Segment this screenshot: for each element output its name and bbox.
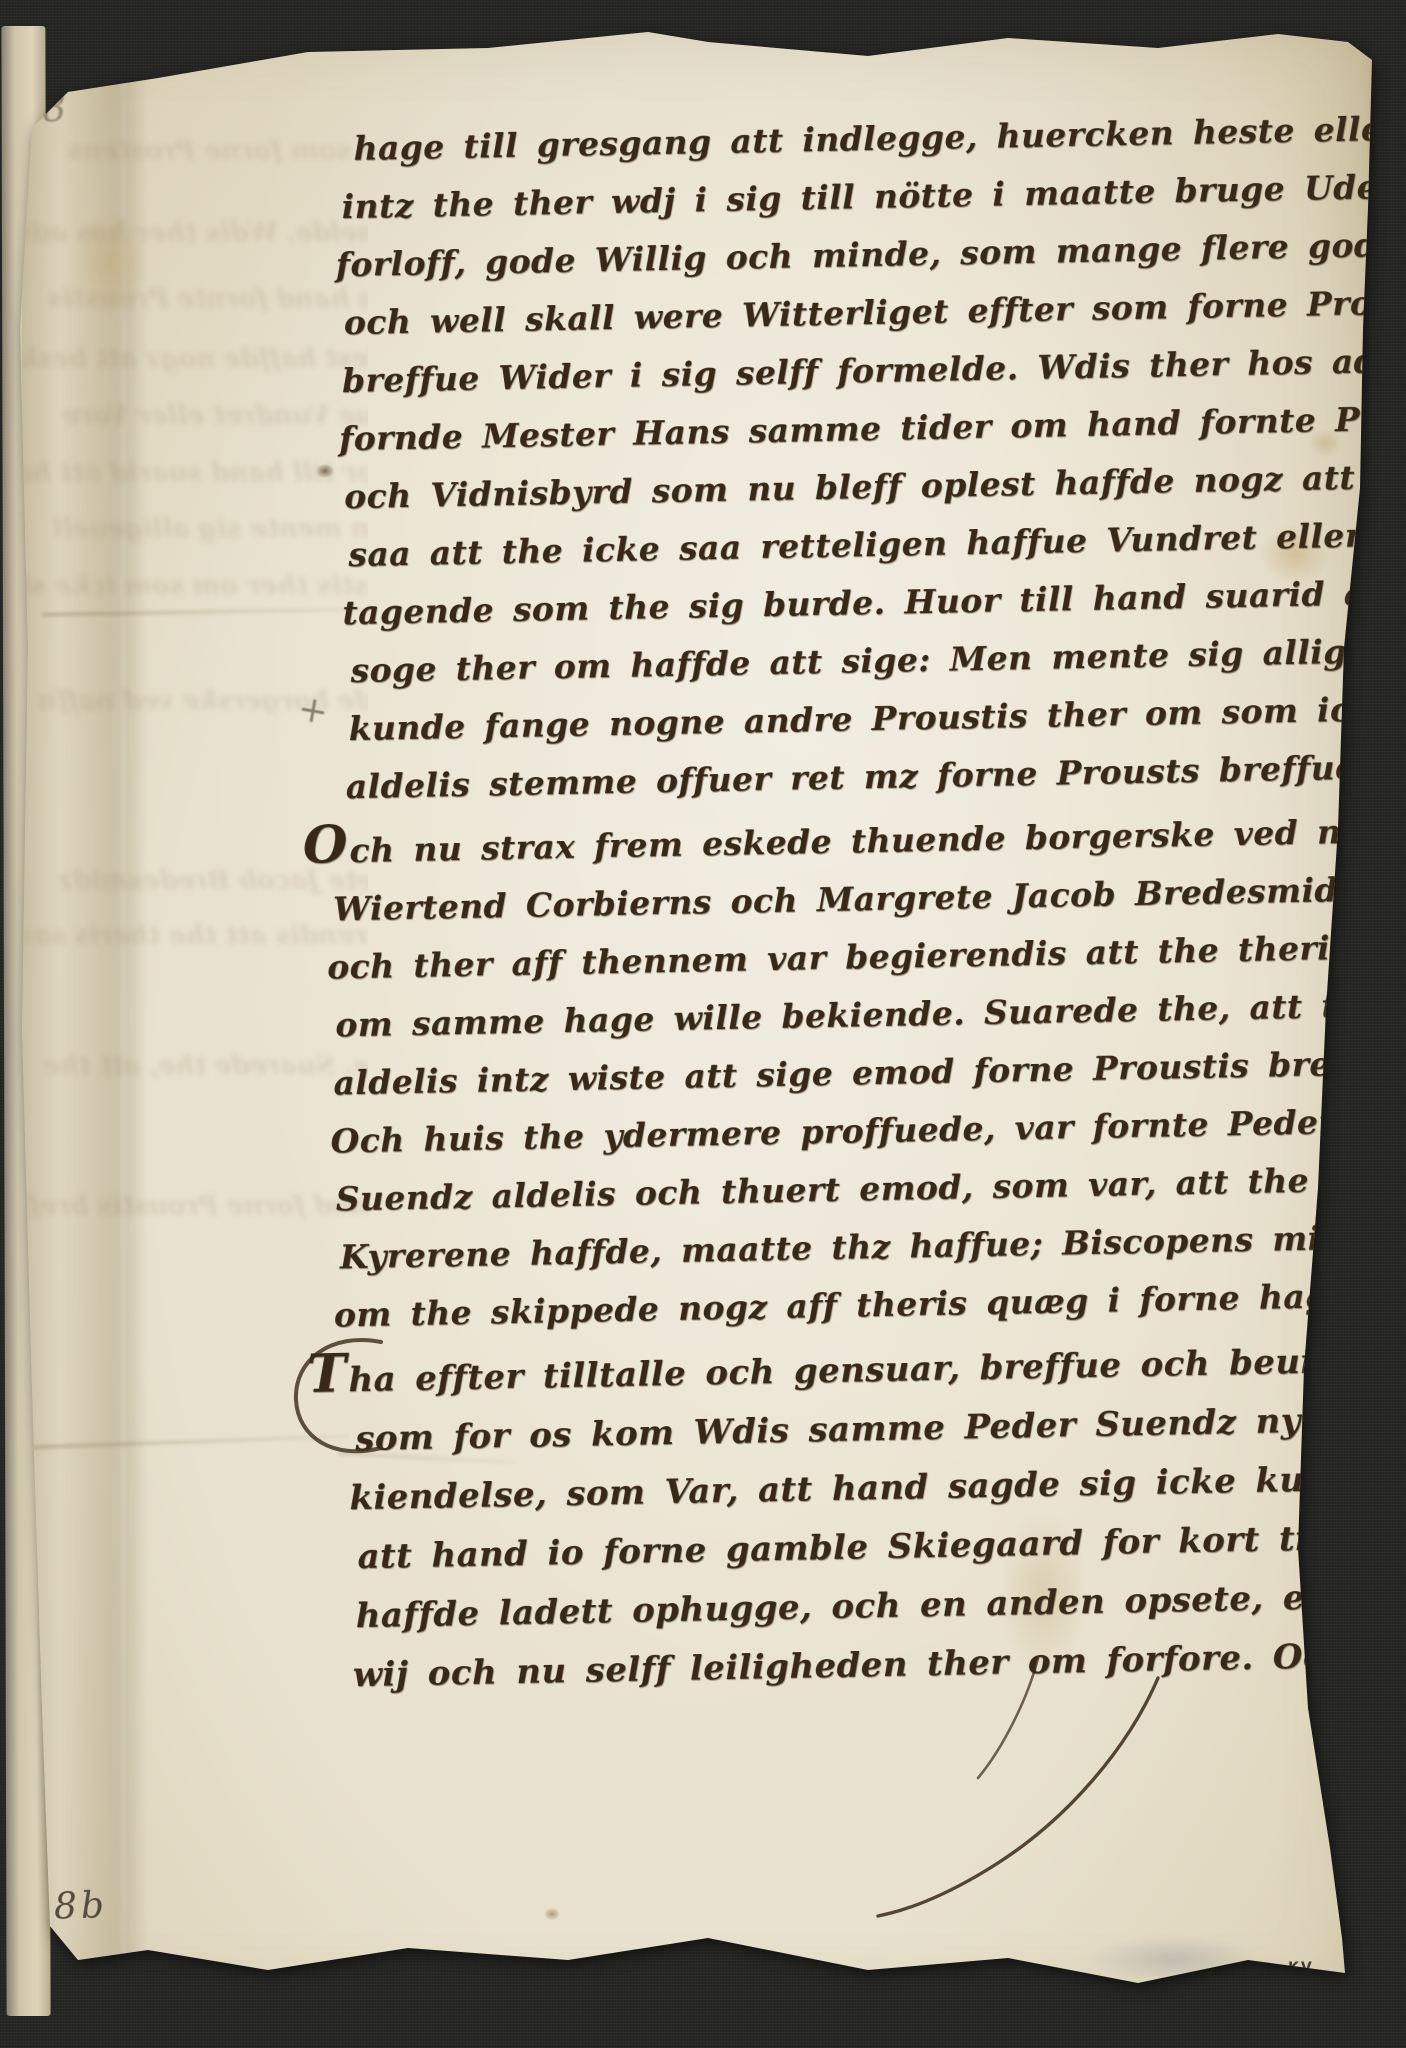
manuscript-text-block: hage till gresgang att indlegge, huercke… bbox=[295, 101, 1385, 1706]
paper-shadow-wrap: och well skall were Witterliget effter s… bbox=[0, 0, 1406, 2048]
gutter-crease bbox=[126, 48, 152, 1968]
binding-strip bbox=[22, 8, 130, 2028]
manuscript-scan: { "scan": { "background_color": "#262624… bbox=[0, 0, 1406, 2048]
folio-number: 8b bbox=[53, 1885, 108, 1928]
paragraph: Tha effter tilltalle och gensuar, breffu… bbox=[318, 1324, 1385, 1705]
paragraph: hage till gresgang att indlegge, huercke… bbox=[295, 101, 1368, 817]
faint-folio-numeral: 8 bbox=[40, 85, 67, 131]
stain bbox=[544, 1908, 560, 1920]
paragraph: Och nu strax frem eskede thuende borgers… bbox=[308, 797, 1378, 1345]
pen-flourish bbox=[828, 1658, 1188, 1938]
manuscript-page: och well skall were Witterliget effter s… bbox=[8, 8, 1376, 2028]
smudge bbox=[1088, 1936, 1258, 1982]
corner-stamp: KV bbox=[1288, 1960, 1314, 1976]
